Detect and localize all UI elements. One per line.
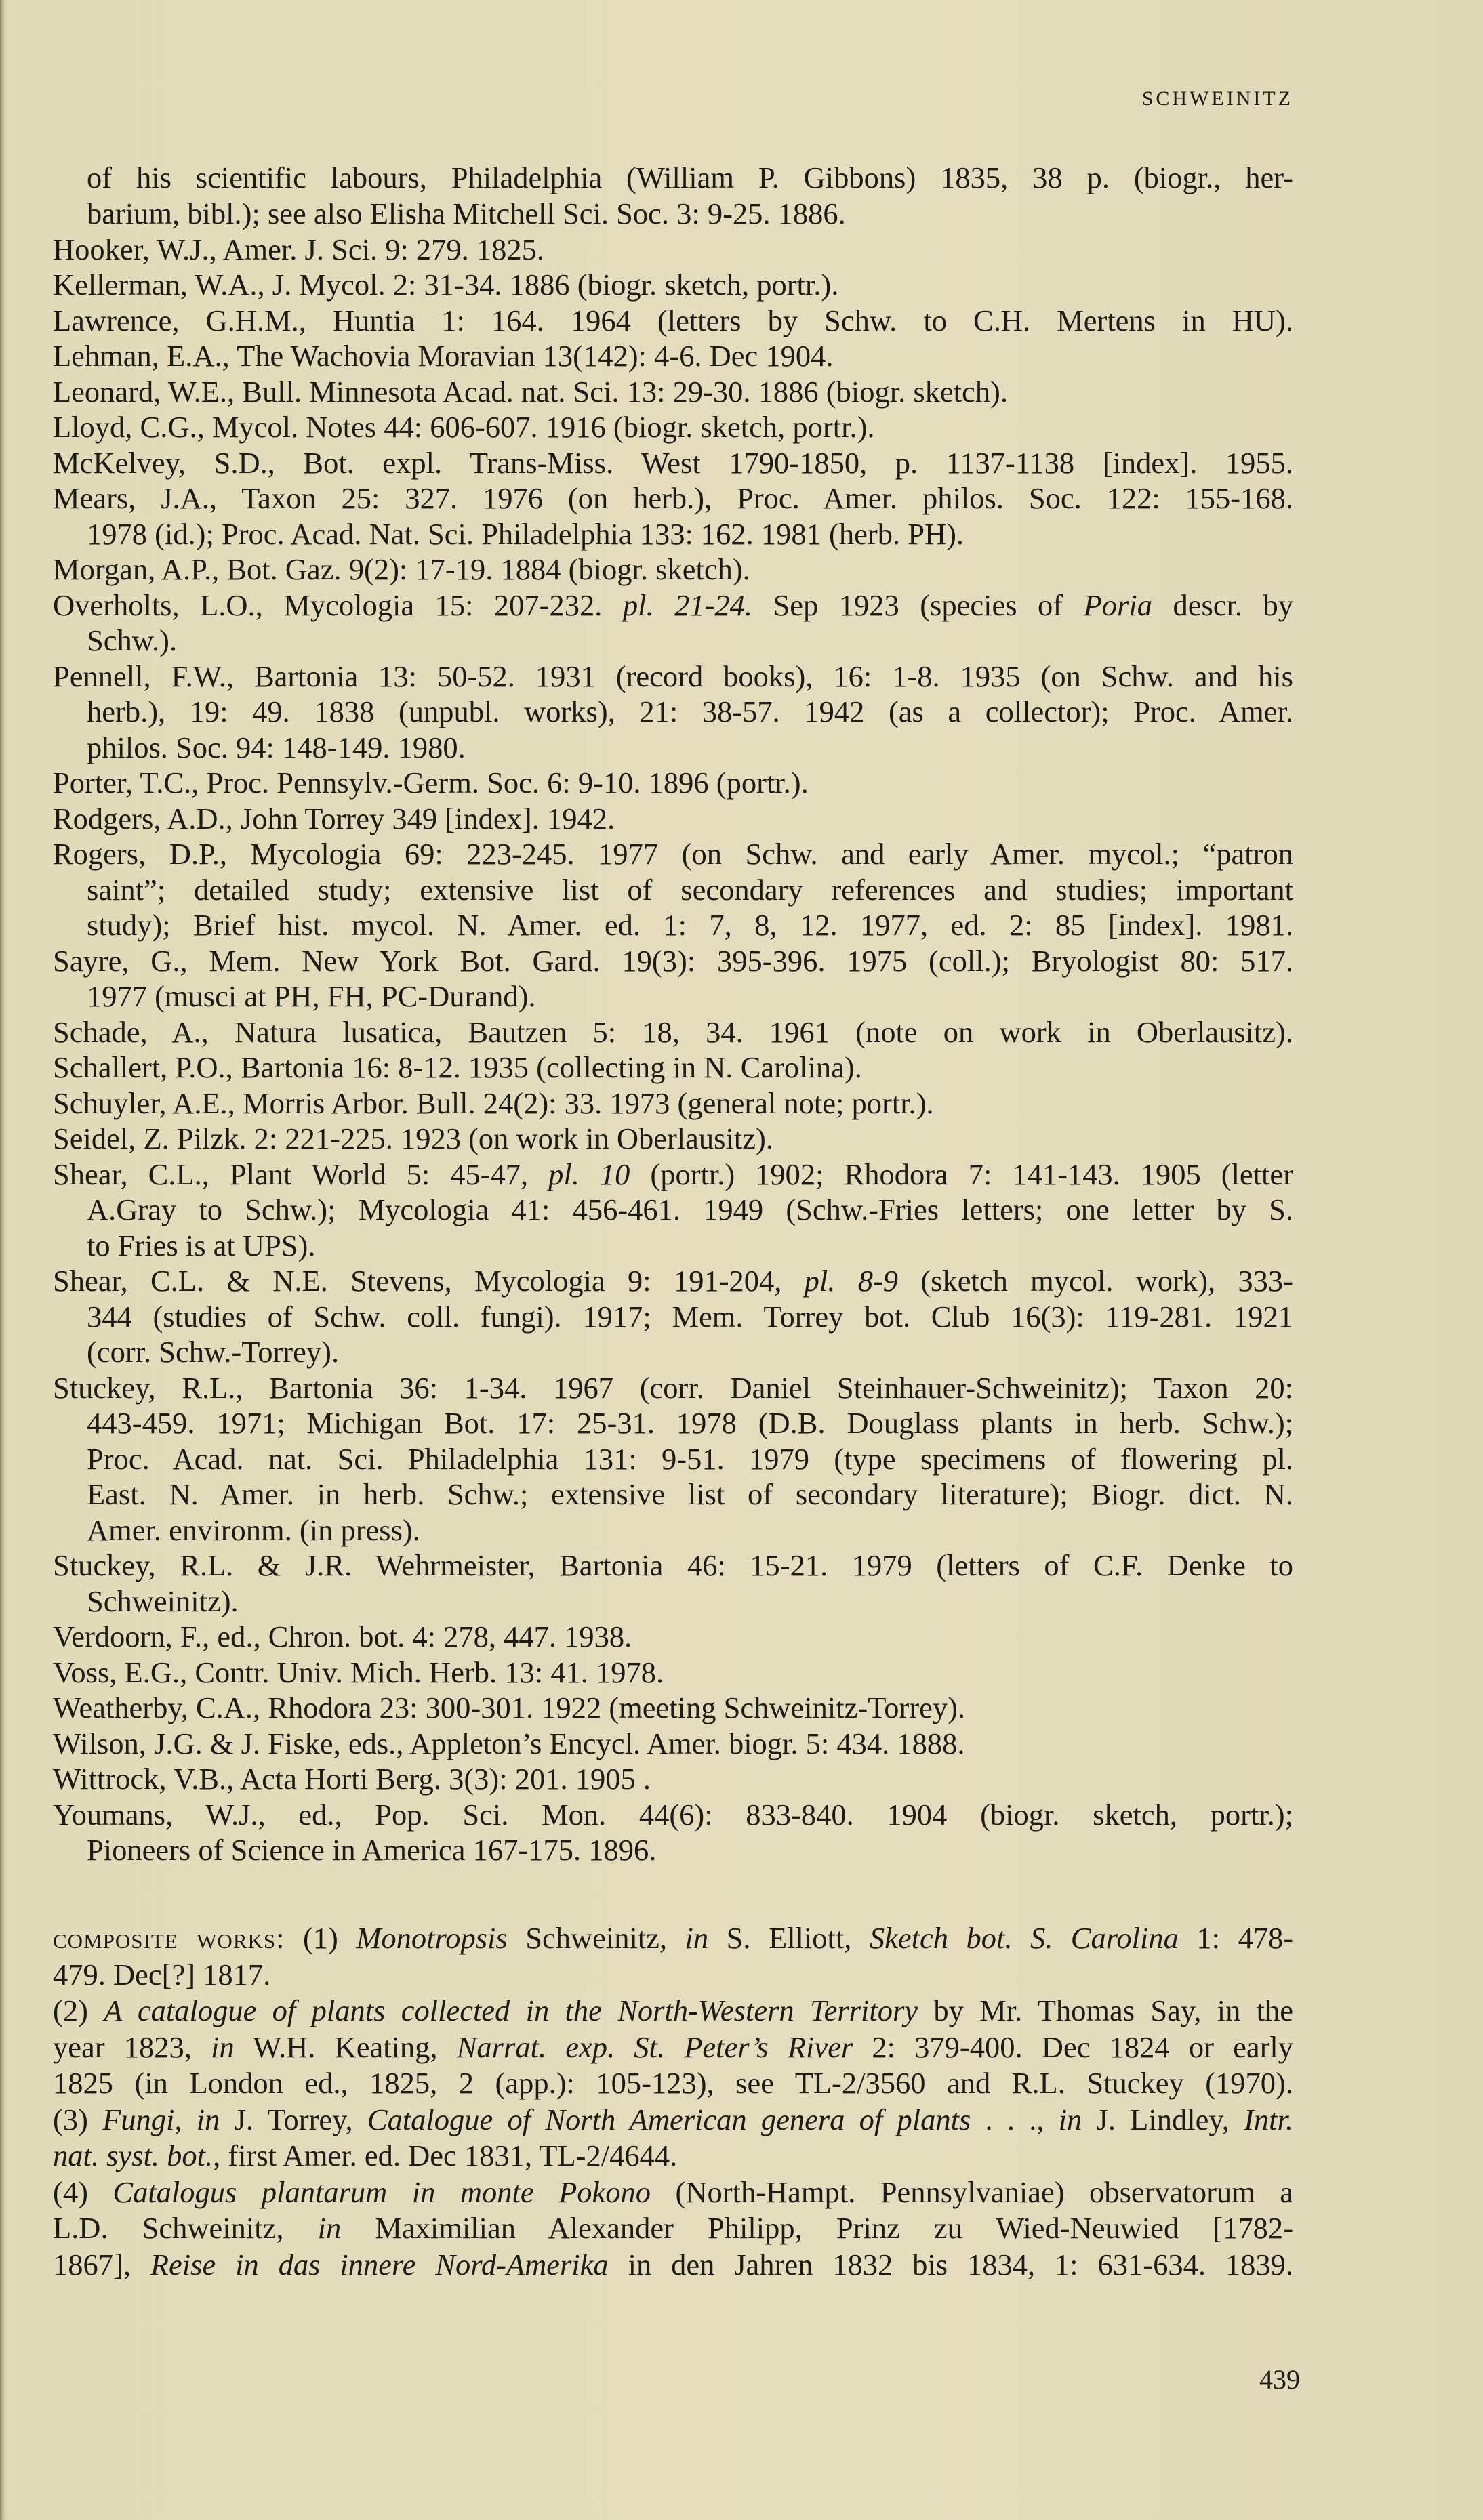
bibliography-line: Schallert, P.O., Bartonia 16: 8-12. 1935… xyxy=(53,1050,1293,1086)
bibliography-line: Porter, T.C., Proc. Pennsylv.-Germ. Soc.… xyxy=(53,765,1293,801)
text-run: Lawrence, G.H.M., Huntia 1: 164. 1964 (l… xyxy=(53,304,1293,337)
bibliography-line: Seidel, Z. Pilzk. 2: 221-225. 1923 (on w… xyxy=(53,1121,1293,1157)
bibliography-line: Sayre, G., Mem. New York Bot. Gard. 19(3… xyxy=(53,943,1293,979)
text-run: 2: 379-400. Dec 1824 or early xyxy=(853,2030,1293,2064)
bibliography-line: Lawrence, G.H.M., Huntia 1: 164. 1964 (l… xyxy=(53,303,1293,339)
text-run: Lloyd, C.G., Mycol. Notes 44: 606-607. 1… xyxy=(53,410,875,444)
text-run: descr. by xyxy=(1152,588,1293,622)
text-run: J. Torrey, xyxy=(220,2103,367,2136)
bibliography-line: Voss, E.G., Contr. Univ. Mich. Herb. 13:… xyxy=(53,1655,1293,1691)
text-run: S. Elliott, xyxy=(708,1921,870,1955)
text-run: Pioneers of Science in America 167-175. … xyxy=(87,1833,656,1867)
text-run: Schweinitz). xyxy=(87,1584,239,1618)
text-run: . . ., xyxy=(971,2103,1058,2136)
bibliography-line: Mears, J.A., Taxon 25: 327. 1976 (on her… xyxy=(53,480,1293,516)
text-run: McKelvey, S.D., Bot. expl. Trans-Miss. W… xyxy=(53,446,1293,480)
section-label: Composite works: xyxy=(53,1921,285,1955)
italic-text: Fungi, in xyxy=(102,2103,220,2136)
bibliography-line: Kellerman, W.A., J. Mycol. 2: 31-34. 188… xyxy=(53,267,1293,303)
text-run: , first Amer. ed. Dec 1831, TL-2/4644. xyxy=(213,2139,677,2172)
bibliography-line: philos. Soc. 94: 148-149. 1980. xyxy=(87,730,1293,766)
text-run: Weatherby, C.A., Rhodora 23: 300-301. 19… xyxy=(53,1691,965,1724)
italic-text: Sketch bot. S. Carolina xyxy=(870,1921,1179,1955)
text-run: saint”; detailed study; extensive list o… xyxy=(87,873,1293,907)
text-run: 1867], xyxy=(53,2248,150,2281)
text-run: Pennell, F.W., Bartonia 13: 50-52. 1931 … xyxy=(53,659,1293,693)
bibliography-line: study); Brief hist. mycol. N. Amer. ed. … xyxy=(87,907,1293,943)
bibliography-line: Schweinitz). xyxy=(87,1584,1293,1619)
bibliography-line: Shear, C.L. & N.E. Stevens, Mycologia 9:… xyxy=(53,1263,1293,1299)
text-run: L.D. Schweinitz, xyxy=(53,2211,318,2245)
bibliography-line: 344 (studies of Schw. coll. fungi). 1917… xyxy=(87,1299,1293,1335)
bibliography-line: barium, bibl.); see also Elisha Mitchell… xyxy=(87,196,1293,232)
text-run: Morgan, A.P., Bot. Gaz. 9(2): 17-19. 188… xyxy=(53,552,750,586)
composite-works-line: nat. syst. bot., first Amer. ed. Dec 183… xyxy=(53,2138,1293,2174)
text-run: Sep 1923 (species of xyxy=(752,588,1084,622)
bibliography-line: Verdoorn, F., ed., Chron. bot. 4: 278, 4… xyxy=(53,1619,1293,1655)
text-run: Schuyler, A.E., Morris Arbor. Bull. 24(2… xyxy=(53,1086,934,1120)
italic-text: Poria xyxy=(1084,588,1152,622)
text-run: to Fries is at UPS). xyxy=(87,1228,316,1262)
text-run: Verdoorn, F., ed., Chron. bot. 4: 278, 4… xyxy=(53,1619,632,1653)
text-run: Wilson, J.G. & J. Fiske, eds., Appleton’… xyxy=(53,1727,965,1760)
text-run: herb.), 19: 49. 1838 (unpubl. works), 21… xyxy=(87,695,1293,728)
italic-text: in xyxy=(318,2211,342,2245)
bibliography-line: Lloyd, C.G., Mycol. Notes 44: 606-607. 1… xyxy=(53,409,1293,445)
bibliography-line: to Fries is at UPS). xyxy=(87,1228,1293,1264)
composite-works-line: Composite works: (1) Monotropsis Schwein… xyxy=(53,1920,1293,1956)
bibliography-line: East. N. Amer. in herb. Schw.; extensive… xyxy=(87,1476,1293,1512)
text-run: barium, bibl.); see also Elisha Mitchell… xyxy=(87,197,846,230)
bibliography-line: McKelvey, S.D., Bot. expl. Trans-Miss. W… xyxy=(53,445,1293,481)
italic-text: Monotropsis xyxy=(356,1921,507,1955)
text-run: Rodgers, A.D., John Torrey 349 [index]. … xyxy=(53,802,615,835)
bibliography-line: Shear, C.L., Plant World 5: 45-47, pl. 1… xyxy=(53,1157,1293,1193)
text-run: Stuckey, R.L., Bartonia 36: 1-34. 1967 (… xyxy=(53,1371,1293,1405)
text-run: Lehman, E.A., The Wachovia Moravian 13(1… xyxy=(53,339,833,373)
text-run: study); Brief hist. mycol. N. Amer. ed. … xyxy=(87,908,1293,942)
bibliography-line: A.Gray to Schw.); Mycologia 41: 456-461.… xyxy=(87,1192,1293,1228)
text-run: (3) xyxy=(53,2103,102,2136)
text-run: Schw.). xyxy=(87,623,177,657)
text-run: (4) xyxy=(53,2175,113,2209)
text-run: (2) xyxy=(53,1994,104,2027)
text-run: Schweinitz, xyxy=(508,1921,685,1955)
composite-works-line: (3) Fungi, in J. Torrey, Catalogue of No… xyxy=(53,2102,1293,2138)
bibliography-line: Overholts, L.O., Mycologia 15: 207-232. … xyxy=(53,587,1293,623)
italic-text: Reise in das innere Nord-Amerika xyxy=(150,2248,609,2281)
bibliography-line: Schuyler, A.E., Morris Arbor. Bull. 24(2… xyxy=(53,1086,1293,1121)
italic-text: in xyxy=(685,1921,709,1955)
bibliography-line: saint”; detailed study; extensive list o… xyxy=(87,872,1293,908)
italic-text: pl. 21-24. xyxy=(623,588,752,622)
bibliography-line: Rogers, D.P., Mycologia 69: 223-245. 197… xyxy=(53,836,1293,872)
bibliography-line: 443-459. 1971; Michigan Bot. 17: 25-31. … xyxy=(87,1405,1293,1441)
bibliography-line: (corr. Schw.-Torrey). xyxy=(87,1334,1293,1370)
text-run: 1: 478- xyxy=(1179,1921,1293,1955)
bibliography-line: Pennell, F.W., Bartonia 13: 50-52. 1931 … xyxy=(53,659,1293,695)
composite-works-line: (2) A catalogue of plants collected in t… xyxy=(53,1993,1293,2029)
bibliography-line: 1977 (musci at PH, FH, PC-Durand). xyxy=(87,978,1293,1014)
scanned-page: SCHWEINITZ of his scientific labours, Ph… xyxy=(0,0,1483,2520)
text-run: W.H. Keating, xyxy=(235,2030,457,2064)
bibliography-line: Stuckey, R.L. & J.R. Wehrmeister, Barton… xyxy=(53,1548,1293,1584)
bibliography-line: herb.), 19: 49. 1838 (unpubl. works), 21… xyxy=(87,694,1293,730)
text-run: Sayre, G., Mem. New York Bot. Gard. 19(3… xyxy=(53,944,1293,978)
composite-works-line: (4) Catalogus plantarum in monte Pokono … xyxy=(53,2174,1293,2210)
text-run: 1977 (musci at PH, FH, PC-Durand). xyxy=(87,979,536,1013)
text-run: Overholts, L.O., Mycologia 15: 207-232. xyxy=(53,588,623,622)
text-run: Maximilian Alexander Philipp, Prinz zu W… xyxy=(341,2211,1293,2245)
italic-text: A catalogue of plants collected in the N… xyxy=(104,1994,918,2027)
text-run: Shear, C.L., Plant World 5: 45-47, xyxy=(53,1157,548,1191)
italic-text: Narrat. exp. St. Peter’s River xyxy=(457,2030,853,2064)
text-run: Amer. environm. (in press). xyxy=(87,1513,420,1547)
text-run: Schade, A., Natura lusatica, Bautzen 5: … xyxy=(53,1015,1293,1049)
text-run: Youmans, W.J., ed., Pop. Sci. Mon. 44(6)… xyxy=(53,1798,1293,1832)
bibliography-line: Leonard, W.E., Bull. Minnesota Acad. nat… xyxy=(53,374,1293,410)
text-run: J. Lindley, xyxy=(1082,2103,1244,2136)
bibliography-line: of his scientific labours, Philadelphia … xyxy=(87,160,1293,196)
italic-text: nat. syst. bot. xyxy=(53,2139,213,2172)
bibliography-line: Pioneers of Science in America 167-175. … xyxy=(87,1832,1293,1868)
bibliography-line: Hooker, W.J., Amer. J. Sci. 9: 279. 1825… xyxy=(53,232,1293,268)
italic-text: pl. 8-9 xyxy=(805,1264,898,1298)
text-run: Voss, E.G., Contr. Univ. Mich. Herb. 13:… xyxy=(53,1655,664,1689)
text-run: Rogers, D.P., Mycologia 69: 223-245. 197… xyxy=(53,837,1293,871)
running-head: SCHWEINITZ xyxy=(1105,87,1293,111)
text-run: Wittrock, V.B., Acta Horti Berg. 3(3): 2… xyxy=(53,1762,651,1796)
text-run: by Mr. Thomas Say, in the xyxy=(918,1994,1293,2027)
text-run: philos. Soc. 94: 148-149. 1980. xyxy=(87,730,466,764)
italic-text: Catalogus plantarum in monte Pokono xyxy=(113,2175,651,2209)
text-run: of his scientific labours, Philadelphia … xyxy=(87,161,1293,194)
bibliography-line: Amer. environm. (in press). xyxy=(87,1512,1293,1548)
bibliography-line: Proc. Acad. nat. Sci. Philadelphia 131: … xyxy=(87,1441,1293,1477)
bibliography-line: Youmans, W.J., ed., Pop. Sci. Mon. 44(6)… xyxy=(53,1797,1293,1833)
italic-text: in xyxy=(211,2030,235,2064)
page-number: 439 xyxy=(1259,2363,1300,2396)
text-run: 479. Dec[?] 1817. xyxy=(53,1958,270,1991)
italic-text: pl. 10 xyxy=(548,1157,630,1191)
text-run: (portr.) 1902; Rhodora 7: 141-143. 1905 … xyxy=(630,1157,1293,1191)
composite-works-line: L.D. Schweinitz, in Maximilian Alexander… xyxy=(53,2210,1293,2246)
bibliography-line: Schw.). xyxy=(87,623,1293,659)
text-run: (1) xyxy=(285,1921,357,1955)
bibliography-line: Wilson, J.G. & J. Fiske, eds., Appleton’… xyxy=(53,1726,1293,1762)
text-run: Kellerman, W.A., J. Mycol. 2: 31-34. 188… xyxy=(53,268,838,302)
text-run: Hooker, W.J., Amer. J. Sci. 9: 279. 1825… xyxy=(53,232,544,266)
text-run: in den Jahren 1832 bis 1834, 1: 631-634.… xyxy=(609,2248,1293,2281)
text-run: Seidel, Z. Pilzk. 2: 221-225. 1923 (on w… xyxy=(53,1121,773,1155)
text-run: East. N. Amer. in herb. Schw.; extensive… xyxy=(87,1477,1293,1511)
text-run: A.Gray to Schw.); Mycologia 41: 456-461.… xyxy=(87,1193,1293,1226)
text-run: year 1823, xyxy=(53,2030,211,2064)
text-run: Schallert, P.O., Bartonia 16: 8-12. 1935… xyxy=(53,1050,862,1084)
text-run: Shear, C.L. & N.E. Stevens, Mycologia 9:… xyxy=(53,1264,805,1298)
text-run: 1978 (id.); Proc. Acad. Nat. Sci. Philad… xyxy=(87,517,964,551)
text-run: 443-459. 1971; Michigan Bot. 17: 25-31. … xyxy=(87,1406,1293,1440)
text-run: (North-Hampt. Pennsylvaniae) observatoru… xyxy=(651,2175,1293,2209)
composite-works-line: year 1823, in W.H. Keating, Narrat. exp.… xyxy=(53,2029,1293,2065)
composite-works-line: 1825 (in London ed., 1825, 2 (app.): 105… xyxy=(53,2065,1293,2101)
bibliography-line: Rodgers, A.D., John Torrey 349 [index]. … xyxy=(53,801,1293,837)
italic-text: Intr. xyxy=(1244,2103,1293,2136)
bibliography-line: Weatherby, C.A., Rhodora 23: 300-301. 19… xyxy=(53,1690,1293,1726)
bibliography-line: Stuckey, R.L., Bartonia 36: 1-34. 1967 (… xyxy=(53,1370,1293,1406)
bibliography-line: 1978 (id.); Proc. Acad. Nat. Sci. Philad… xyxy=(87,516,1293,552)
bibliography-line: Wittrock, V.B., Acta Horti Berg. 3(3): 2… xyxy=(53,1761,1293,1797)
italic-text: in xyxy=(1059,2103,1082,2136)
text-run: 1825 (in London ed., 1825, 2 (app.): 105… xyxy=(53,2066,1293,2100)
text-run: (sketch mycol. work), 333- xyxy=(898,1264,1293,1298)
text-run: (corr. Schw.-Torrey). xyxy=(87,1335,339,1369)
text-run: 344 (studies of Schw. coll. fungi). 1917… xyxy=(87,1300,1293,1334)
text-run: Leonard, W.E., Bull. Minnesota Acad. nat… xyxy=(53,375,1008,409)
text-run: Stuckey, R.L. & J.R. Wehrmeister, Barton… xyxy=(53,1548,1293,1582)
italic-text: Catalogue of North American genera of pl… xyxy=(367,2103,971,2136)
bibliography-line: Schade, A., Natura lusatica, Bautzen 5: … xyxy=(53,1014,1293,1050)
composite-works-line: 479. Dec[?] 1817. xyxy=(53,1957,1293,1993)
bibliography-line: Lehman, E.A., The Wachovia Moravian 13(1… xyxy=(53,338,1293,374)
composite-works-line: 1867], Reise in das innere Nord-Amerika … xyxy=(53,2247,1293,2283)
text-run: Porter, T.C., Proc. Pennsylv.-Germ. Soc.… xyxy=(53,766,809,800)
text-run: Mears, J.A., Taxon 25: 327. 1976 (on her… xyxy=(53,481,1293,515)
bibliography-line: Morgan, A.P., Bot. Gaz. 9(2): 17-19. 188… xyxy=(53,552,1293,587)
text-run: Proc. Acad. nat. Sci. Philadelphia 131: … xyxy=(87,1442,1293,1476)
